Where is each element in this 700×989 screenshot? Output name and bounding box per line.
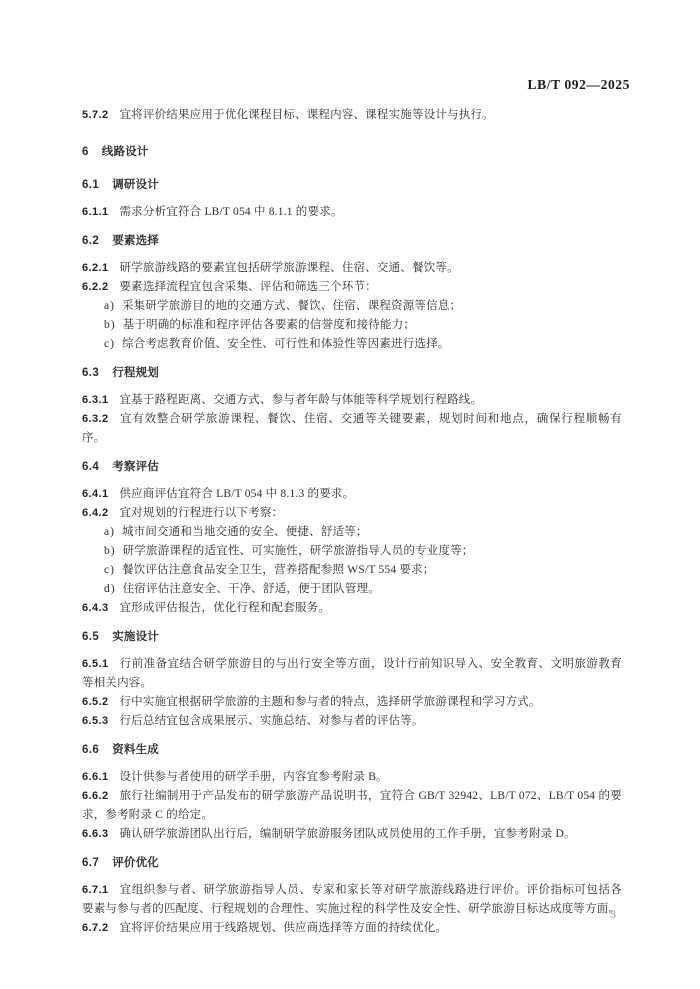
- clause-text: 宜将评价结果应用于线路规划、供应商选择等方面的持续优化。: [119, 922, 447, 934]
- list-item: a)城市间交通和当地交通的安全、便捷、舒适等；: [82, 523, 622, 542]
- list-item-text: 综合考虑教育价值、安全性、可行性和体验性等因素进行选择。: [122, 338, 450, 350]
- list-item: a)采集研学旅游目的地的交通方式、餐饮、住宿、课程资源等信息；: [82, 297, 622, 316]
- heading-number: 6.1: [82, 179, 99, 191]
- clause-number: 5.7.2: [82, 109, 108, 121]
- clause-text: 要素选择流程宜包含采集、评估和筛选三个环节：: [119, 281, 376, 293]
- subsection-heading: 6.3行程规划: [82, 364, 622, 383]
- heading-title: 线路设计: [102, 146, 149, 158]
- list-item: d)住宿评估注意安全、干净、舒适，便于团队管理。: [82, 580, 622, 599]
- clause-paragraph: 6.3.1宜基于路程距离、交通方式、参与者年龄与体能等科学规划行程路线。: [82, 391, 622, 410]
- clause-paragraph: 6.6.2旅行社编制用于产品发布的研学旅游产品说明书，宜符合 GB/T 3294…: [82, 787, 622, 825]
- document-page: LB/T 092—2025 5.7.2宜将评价结果应用于优化课程目标、课程内容、…: [0, 0, 700, 989]
- section-heading: 6线路设计: [82, 143, 622, 162]
- clause-number: 6.2.1: [82, 262, 108, 274]
- clause-text: 设计供参与者使用的研学手册，内容宜参考附录 B。: [119, 771, 387, 783]
- subsection-heading: 6.4考察评估: [82, 458, 622, 477]
- clause-number: 6.5.2: [82, 696, 108, 708]
- clause-text: 宜有效整合研学旅游课程、餐饮、住宿、交通等关键要素，规划时间和地点，确保行程顺畅…: [82, 413, 622, 444]
- heading-number: 6: [82, 146, 89, 158]
- clause-number: 6.6.2: [82, 790, 108, 802]
- subsection-heading: 6.6资料生成: [82, 741, 622, 760]
- clause-text: 宜对规划的行程进行以下考察：: [119, 507, 283, 519]
- clause-number: 6.7.1: [82, 884, 108, 896]
- heading-number: 6.3: [82, 367, 99, 379]
- heading-title: 实施设计: [112, 631, 159, 643]
- list-item-text: 住宿评估注意安全、干净、舒适，便于团队管理。: [123, 583, 380, 595]
- clause-text: 确认研学旅游团队出行后，编制研学旅游服务团队成员使用的工作手册，宜参考附录 D。: [119, 828, 575, 840]
- subsection-heading: 6.1调研设计: [82, 176, 622, 195]
- clause-number: 6.4.2: [82, 507, 108, 519]
- clause-paragraph: 6.5.3行后总结宜包含成果展示、实施总结、对参与者的评估等。: [82, 712, 622, 731]
- clause-text: 宜形成评估报告，优化行程和配套服务。: [119, 602, 330, 614]
- clause-paragraph: 6.5.1行前准备宜结合研学旅游目的与出行安全等方面，设计行前知识导入、安全教育…: [82, 655, 622, 693]
- clause-paragraph: 6.4.3宜形成评估报告，优化行程和配套服务。: [82, 599, 622, 618]
- list-marker: a): [104, 300, 115, 312]
- clause-text: 宜基于路程距离、交通方式、参与者年龄与体能等科学规划行程路线。: [119, 394, 482, 406]
- list-item: c)综合考虑教育价值、安全性、可行性和体验性等因素进行选择。: [82, 335, 622, 354]
- clause-number: 6.1.1: [82, 206, 108, 218]
- document-body: 5.7.2宜将评价结果应用于优化课程目标、课程内容、课程实施等设计与执行。6线路…: [82, 106, 622, 938]
- subsection-heading: 6.7评价优化: [82, 854, 622, 873]
- clause-text: 旅行社编制用于产品发布的研学旅游产品说明书，宜符合 GB/T 32942、LB/…: [82, 790, 622, 821]
- heading-title: 行程规划: [112, 367, 159, 379]
- clause-text: 行中实施宜根据研学旅游的主题和参与者的特点，选择研学旅游课程和学习方式。: [119, 696, 540, 708]
- clause-paragraph: 6.7.2宜将评价结果应用于线路规划、供应商选择等方面的持续优化。: [82, 919, 622, 938]
- clause-text: 需求分析宜符合 LB/T 054 中 8.1.1 的要求。: [119, 206, 342, 218]
- clause-paragraph: 6.4.2宜对规划的行程进行以下考察：: [82, 504, 622, 523]
- clause-number: 6.3.1: [82, 394, 108, 406]
- standard-number: LB/T 092—2025: [528, 77, 630, 93]
- clause-paragraph: 6.5.2行中实施宜根据研学旅游的主题和参与者的特点，选择研学旅游课程和学习方式…: [82, 693, 622, 712]
- clause-paragraph: 6.3.2宜有效整合研学旅游课程、餐饮、住宿、交通等关键要素，规划时间和地点，确…: [82, 410, 622, 448]
- clause-paragraph: 6.2.1研学旅游线路的要素宜包括研学旅游课程、住宿、交通、餐饮等。: [82, 259, 622, 278]
- heading-title: 考察评估: [112, 461, 159, 473]
- list-item: b)基于明确的标准和程序评估各要素的信誉度和接待能力；: [82, 316, 622, 335]
- list-marker: b): [104, 545, 116, 557]
- clause-paragraph: 6.7.1宜组织参与者、研学旅游指导人员、专家和家长等对研学旅游线路进行评价。评…: [82, 881, 622, 919]
- heading-title: 资料生成: [112, 744, 159, 756]
- list-marker: d): [104, 583, 116, 595]
- heading-number: 6.2: [82, 235, 99, 247]
- list-marker: c): [104, 564, 115, 576]
- list-item-text: 餐饮评估注意食品安全卫生，营养搭配参照 WS/T 554 要求；: [122, 564, 435, 576]
- clause-paragraph: 6.4.1供应商评估宜符合 LB/T 054 中 8.1.3 的要求。: [82, 485, 622, 504]
- clause-number: 6.2.2: [82, 281, 108, 293]
- clause-number: 6.7.2: [82, 922, 108, 934]
- subsection-heading: 6.5实施设计: [82, 628, 622, 647]
- heading-title: 评价优化: [112, 857, 159, 869]
- clause-text: 宜组织参与者、研学旅游指导人员、专家和家长等对研学旅游线路进行评价。评价指标可包…: [82, 884, 622, 915]
- page-number: 3: [610, 907, 616, 922]
- clause-number: 6.3.2: [82, 413, 108, 425]
- clause-text: 宜将评价结果应用于优化课程目标、课程内容、课程实施等设计与执行。: [119, 109, 493, 121]
- clause-text: 研学旅游线路的要素宜包括研学旅游课程、住宿、交通、餐饮等。: [119, 262, 458, 274]
- heading-title: 要素选择: [112, 235, 159, 247]
- heading-number: 6.5: [82, 631, 99, 643]
- clause-number: 6.5.3: [82, 715, 108, 727]
- clause-number: 6.4.1: [82, 488, 108, 500]
- list-item-text: 城市间交通和当地交通的安全、便捷、舒适等；: [122, 526, 368, 538]
- clause-number: 6.4.3: [82, 602, 108, 614]
- clause-paragraph: 6.1.1需求分析宜符合 LB/T 054 中 8.1.1 的要求。: [82, 203, 622, 222]
- list-marker: c): [104, 338, 115, 350]
- clause-text: 供应商评估宜符合 LB/T 054 中 8.1.3 的要求。: [119, 488, 354, 500]
- list-item: b)研学旅游课程的适宜性、可实施性，研学旅游指导人员的专业度等；: [82, 542, 622, 561]
- list-item-text: 基于明确的标准和程序评估各要素的信誉度和接待能力；: [123, 319, 416, 331]
- subsection-heading: 6.2要素选择: [82, 232, 622, 251]
- clause-text: 行后总结宜包含成果展示、实施总结、对参与者的评估等。: [119, 715, 423, 727]
- list-item-text: 采集研学旅游目的地的交通方式、餐饮、住宿、课程资源等信息；: [122, 300, 461, 312]
- list-item: c)餐饮评估注意食品安全卫生，营养搭配参照 WS/T 554 要求；: [82, 561, 622, 580]
- list-item-text: 研学旅游课程的适宜性、可实施性，研学旅游指导人员的专业度等；: [123, 545, 474, 557]
- clause-number: 6.6.3: [82, 828, 108, 840]
- clause-paragraph: 6.2.2要素选择流程宜包含采集、评估和筛选三个环节：: [82, 278, 622, 297]
- clause-number: 6.6.1: [82, 771, 108, 783]
- heading-title: 调研设计: [112, 179, 159, 191]
- clause-paragraph: 5.7.2宜将评价结果应用于优化课程目标、课程内容、课程实施等设计与执行。: [82, 106, 622, 125]
- heading-number: 6.7: [82, 857, 99, 869]
- list-marker: a): [104, 526, 115, 538]
- heading-number: 6.4: [82, 461, 99, 473]
- clause-paragraph: 6.6.3确认研学旅游团队出行后，编制研学旅游服务团队成员使用的工作手册，宜参考…: [82, 825, 622, 844]
- heading-number: 6.6: [82, 744, 99, 756]
- clause-text: 行前准备宜结合研学旅游目的与出行安全等方面，设计行前知识导入、安全教育、文明旅游…: [82, 658, 622, 689]
- clause-number: 6.5.1: [82, 658, 108, 670]
- list-marker: b): [104, 319, 116, 331]
- clause-paragraph: 6.6.1设计供参与者使用的研学手册，内容宜参考附录 B。: [82, 768, 622, 787]
